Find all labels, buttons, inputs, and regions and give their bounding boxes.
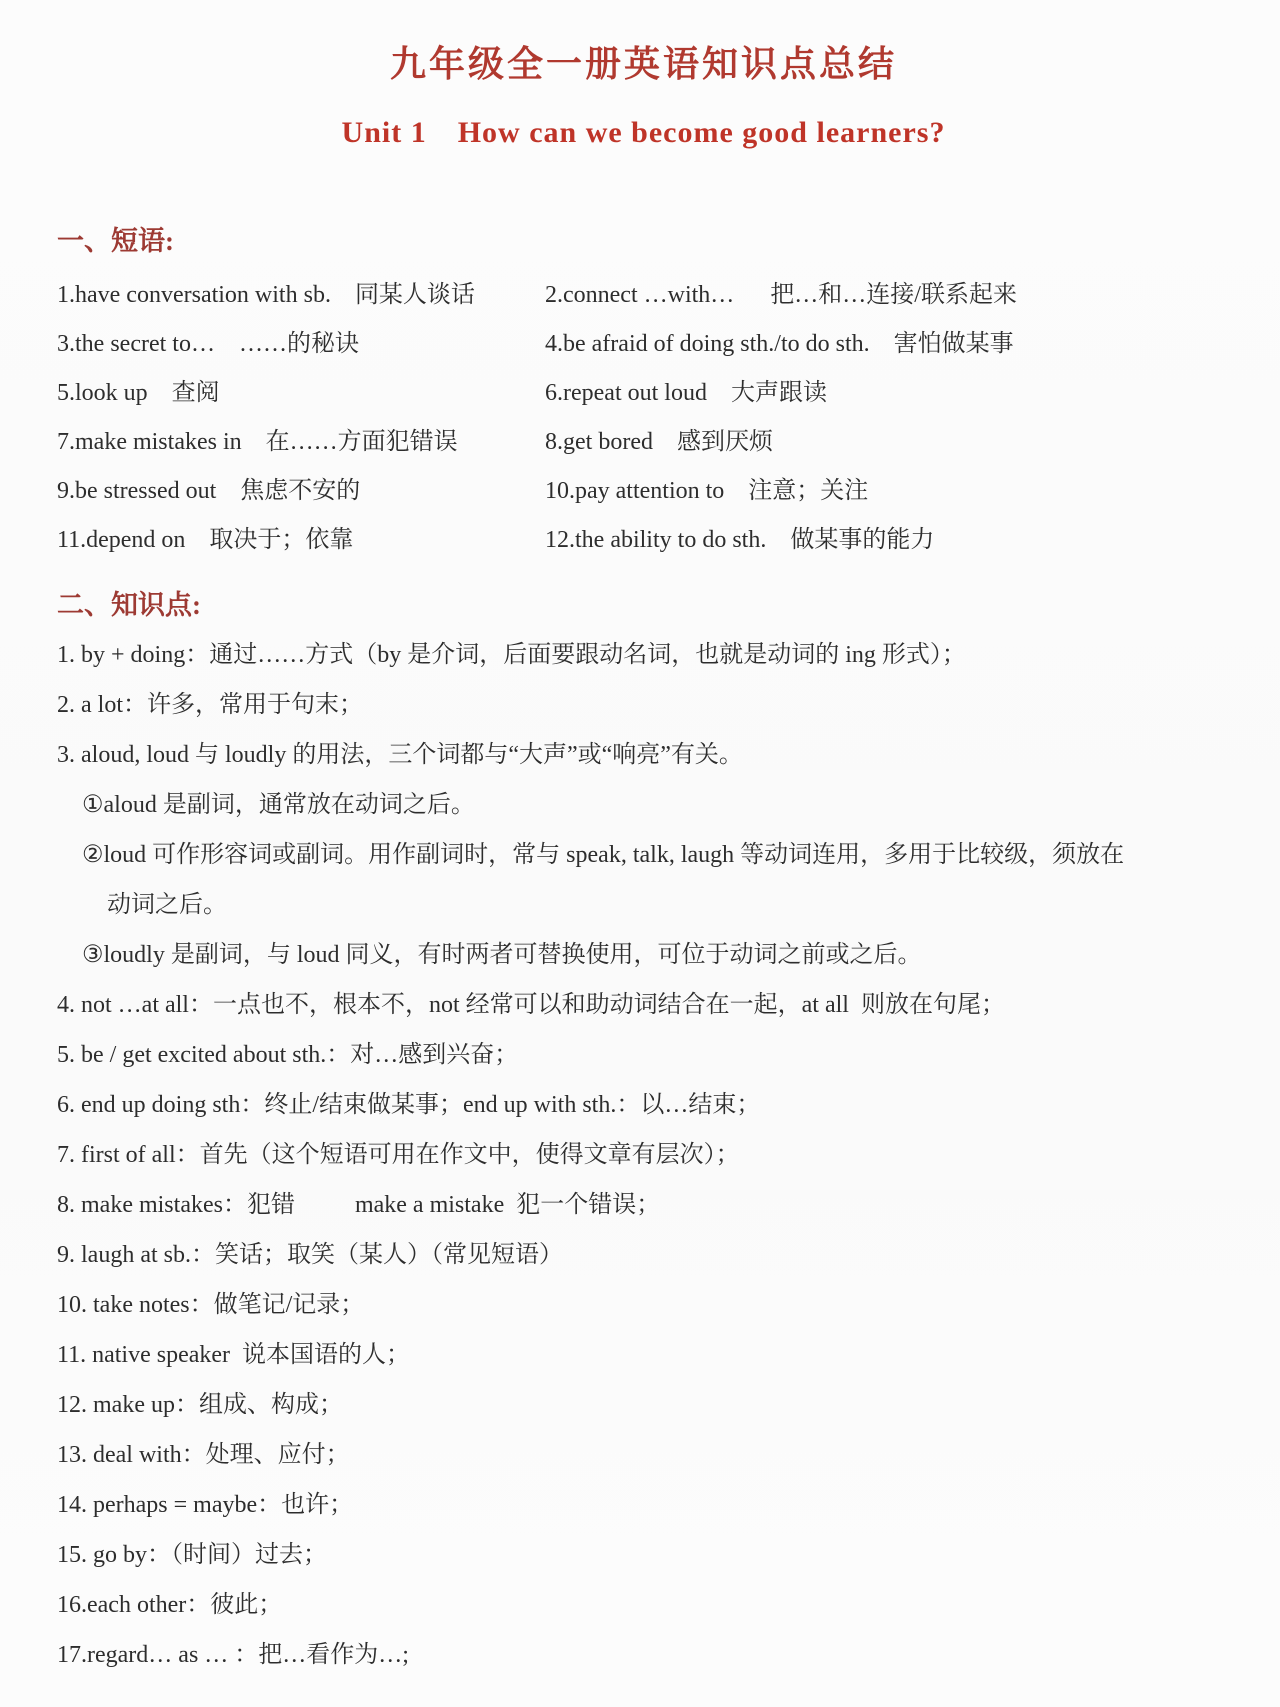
phrase-item: 9.be stressed out 焦虑不安的 [57,467,545,516]
knowledge-point-list: 1. by + doing：通过……方式（by 是介词，后面要跟动名词，也就是动… [57,630,1230,1680]
knowledge-point-sub: ①aloud 是副词，通常放在动词之后。 [57,780,1230,830]
knowledge-point: 15. go by：（时间）过去； [57,1530,1230,1580]
phrase-item: 1.have conversation with sb. 同某人谈话 [57,271,545,320]
knowledge-point: 2. a lot：许多，常用于句末； [57,680,1230,730]
knowledge-point: 8. make mistakes：犯错 make a mistake 犯一个错误… [57,1180,1230,1230]
phrase-item: 12.the ability to do sth. 做某事的能力 [545,516,1230,565]
knowledge-point-sub: ②loud 可作形容词或副词。用作副词时，常与 speak, talk, lau… [57,830,1230,930]
knowledge-point: 10. take notes：做笔记/记录； [57,1280,1230,1330]
section-heading-points: 二、知识点: [57,585,1230,625]
phrase-row: 9.be stressed out 焦虑不安的 10.pay attention… [57,467,1230,516]
phrase-row: 11.depend on 取决于；依靠 12.the ability to do… [57,516,1230,565]
phrase-item: 3.the secret to… ……的秘诀 [57,320,545,369]
knowledge-point: 9. laugh at sb.：笑话；取笑（某人）（常见短语） [57,1230,1230,1280]
phrase-item: 11.depend on 取决于；依靠 [57,516,545,565]
knowledge-point: 14. perhaps = maybe：也许； [57,1480,1230,1530]
knowledge-point: 13. deal with：处理、应付； [57,1430,1230,1480]
phrase-item: 6.repeat out loud 大声跟读 [545,369,1230,418]
knowledge-point: 12. make up：组成、构成； [57,1380,1230,1430]
section-heading-phrases: 一、短语: [57,221,1230,261]
knowledge-point: 1. by + doing：通过……方式（by 是介词，后面要跟动名词，也就是动… [57,630,1230,680]
document-page: 九年级全一册英语知识点总结 Unit 1 How can we become g… [0,0,1280,1707]
phrase-item: 5.look up 查阅 [57,369,545,418]
phrase-row: 7.make mistakes in 在……方面犯错误 8.get bored … [57,418,1230,467]
phrase-item: 8.get bored 感到厌烦 [545,418,1230,467]
knowledge-point: 16.each other：彼此； [57,1580,1230,1630]
knowledge-point: 3. aloud, loud 与 loudly 的用法，三个词都与“大声”或“响… [57,730,1230,780]
phrase-item: 2.connect …with… 把…和…连接/联系起来 [545,271,1230,320]
phrase-row: 3.the secret to… ……的秘诀 4.be afraid of do… [57,320,1230,369]
phrase-item: 4.be afraid of doing sth./to do sth. 害怕做… [545,320,1230,369]
phrase-row: 1.have conversation with sb. 同某人谈话 2.con… [57,271,1230,320]
knowledge-point: 4. not …at all：一点也不，根本不，not 经常可以和助动词结合在一… [57,980,1230,1030]
phrase-item: 10.pay attention to 注意；关注 [545,467,1230,516]
knowledge-point: 17.regard… as … ：把…看作为…; [57,1630,1230,1680]
knowledge-point: 7. first of all：首先（这个短语可用在作文中，使得文章有层次）； [57,1130,1230,1180]
unit-title: Unit 1 How can we become good learners? [57,113,1230,153]
knowledge-point: 5. be / get excited about sth.：对…感到兴奋； [57,1030,1230,1080]
phrase-list: 1.have conversation with sb. 同某人谈话 2.con… [57,271,1230,565]
knowledge-point: 11. native speaker 说本国语的人； [57,1330,1230,1380]
phrase-row: 5.look up 查阅 6.repeat out loud 大声跟读 [57,369,1230,418]
phrase-item: 7.make mistakes in 在……方面犯错误 [57,418,545,467]
page-title: 九年级全一册英语知识点总结 [57,42,1230,86]
knowledge-point-sub: ③loudly 是副词，与 loud 同义，有时两者可替换使用，可位于动词之前或… [57,930,1230,980]
knowledge-point: 6. end up doing sth：终止/结束做某事；end up with… [57,1080,1230,1130]
